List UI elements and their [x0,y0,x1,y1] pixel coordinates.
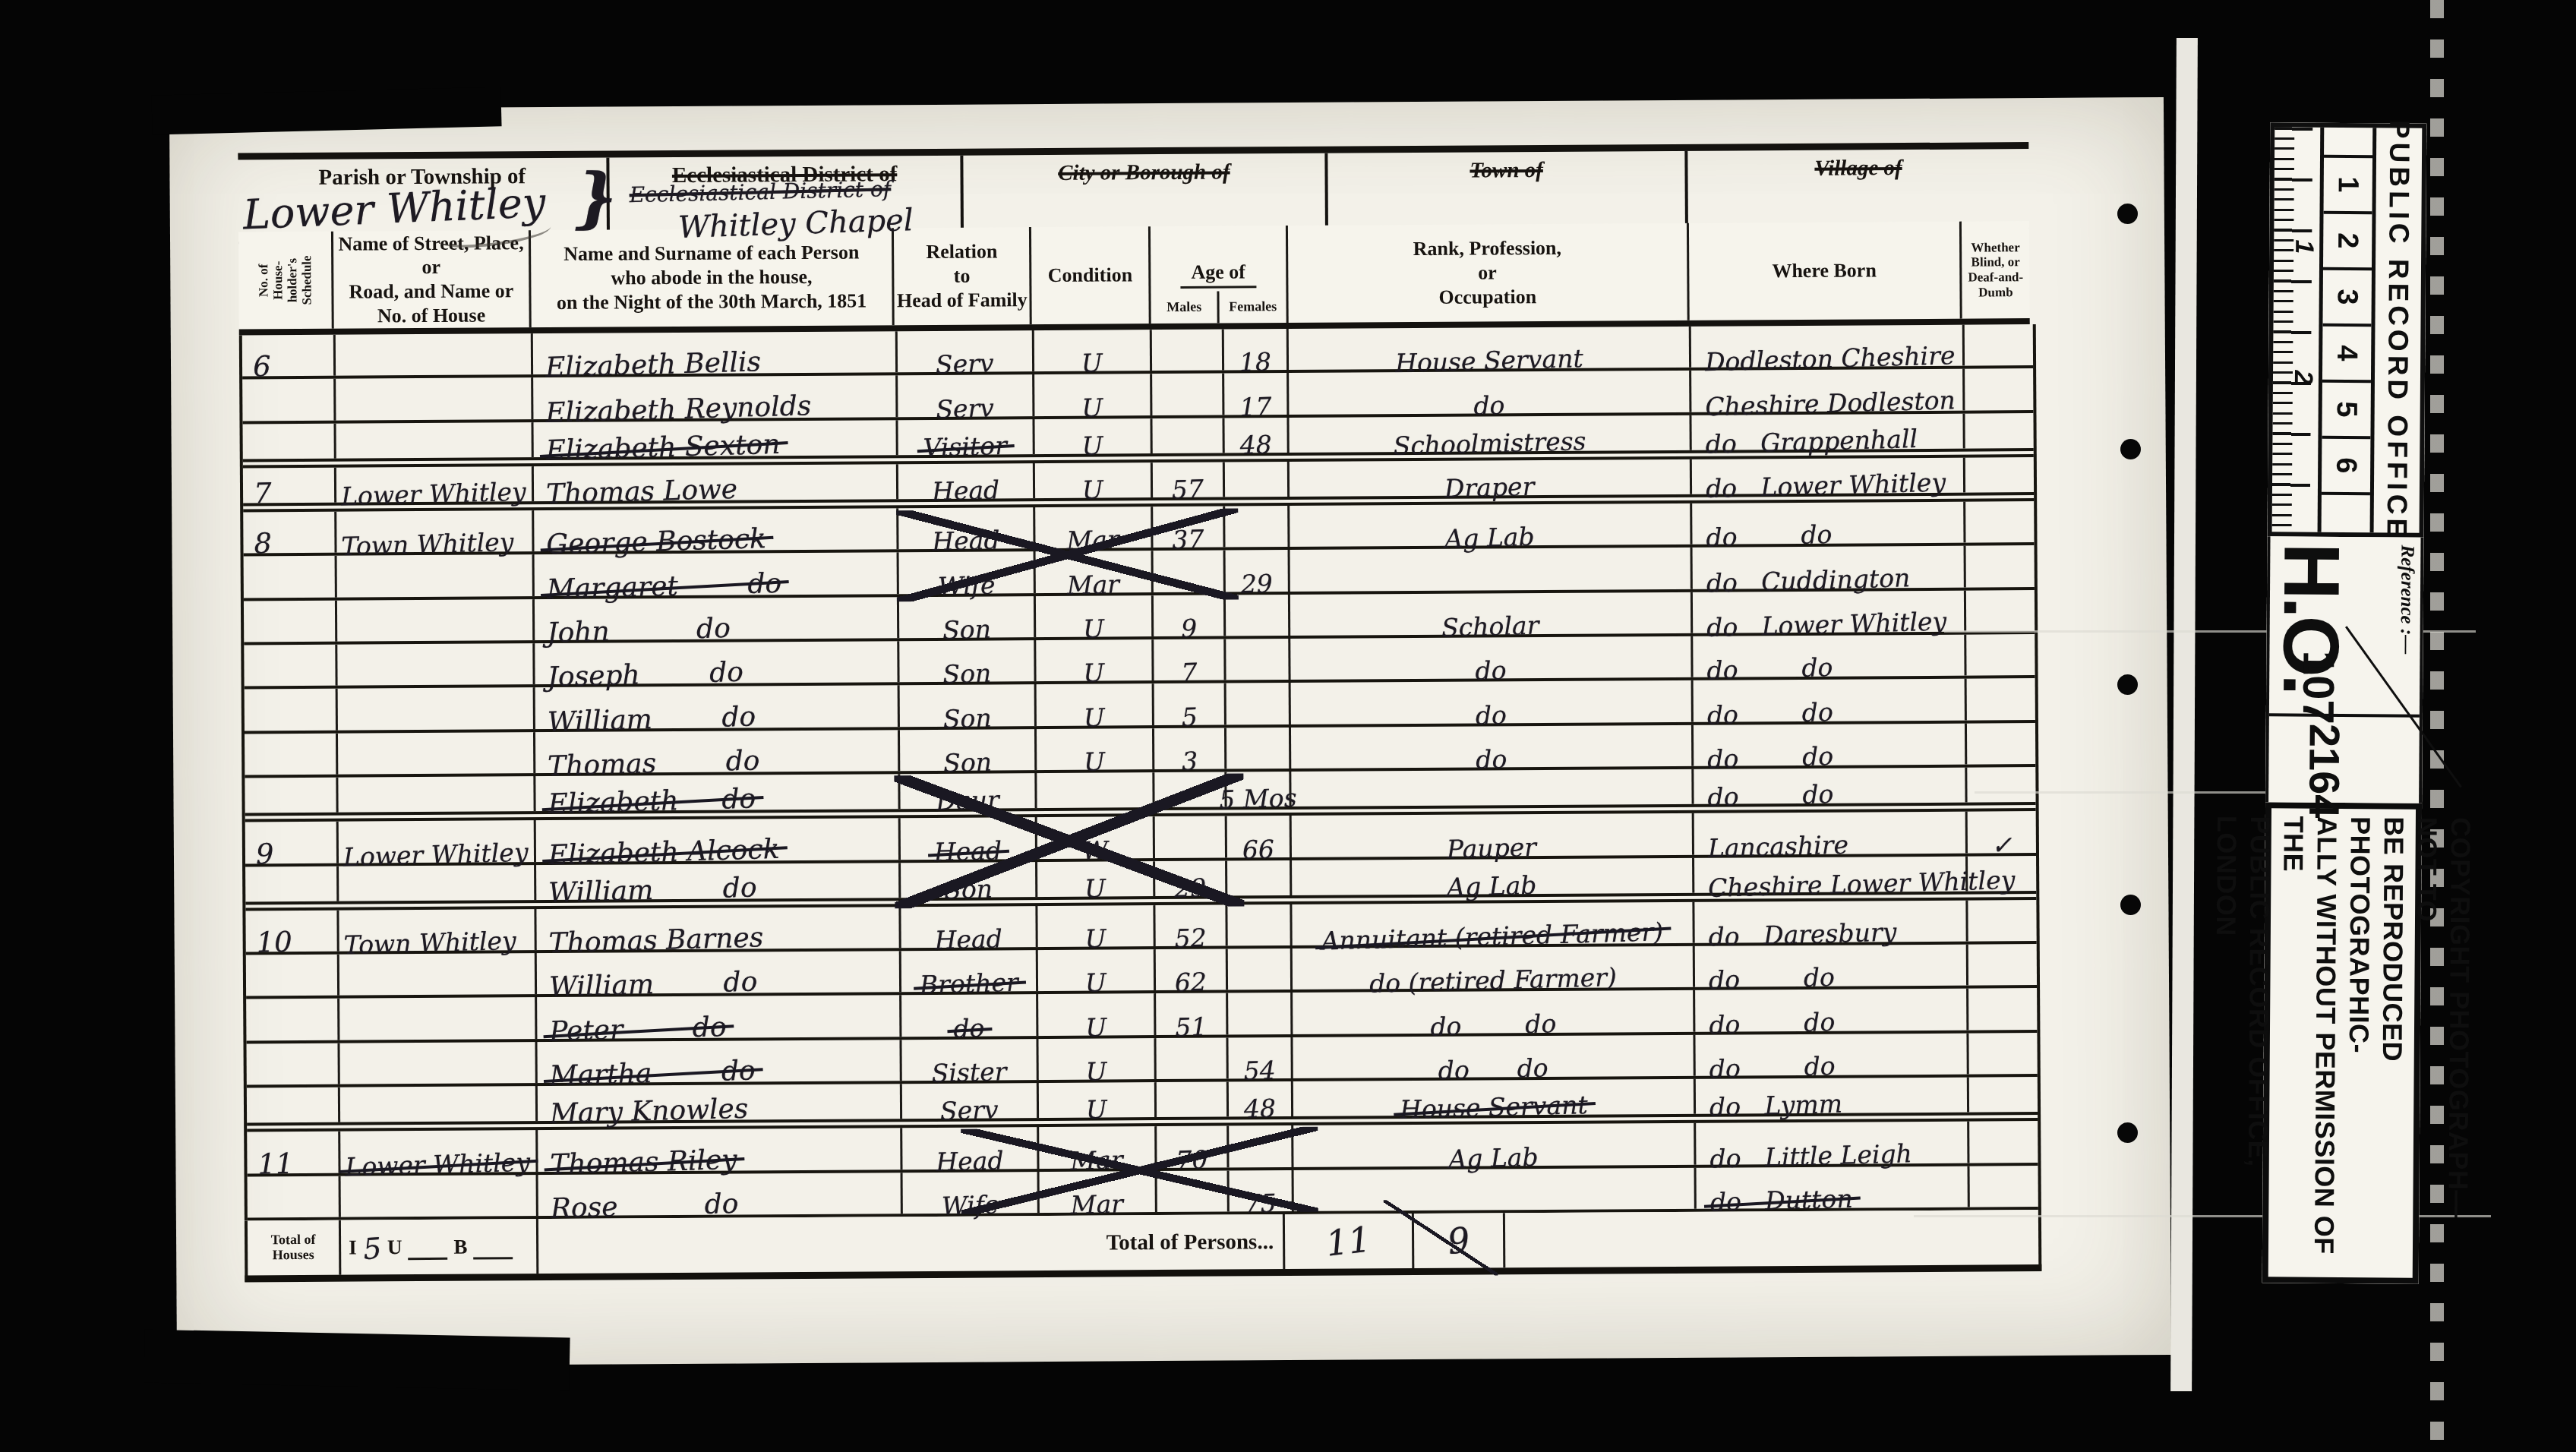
cell-street [337,599,535,642]
cell-born: do Lower Whitley [1692,457,1965,494]
cell-schedule [244,600,337,642]
header-condition: Condition [1031,226,1151,324]
handwritten-relation: Son [942,702,992,734]
cell-age_f [1226,639,1290,680]
cell-schedule [242,423,336,459]
village-label: Village of [1687,155,2028,182]
cell-relation: Son [899,596,1036,638]
cell-relation: Serv [902,1083,1039,1119]
handwritten-age_f: 17 [1239,391,1272,421]
handwritten-name: Joseph do [547,657,743,693]
handwritten-born: do Lymm [1709,1089,1843,1122]
cell-street [337,643,535,686]
cell-occupation: do [1290,636,1693,680]
handwritten-relation: Visitor [923,431,1008,462]
census-page: Parish or Township of Lower Whitley } Ec… [169,97,2171,1367]
handwritten-age_m: 5 [1181,702,1198,732]
cell-street: Lower Whitley [340,1130,538,1173]
cell-age_m: 7 [1154,639,1226,681]
handwritten-born: do Daresbury [1708,917,1897,952]
handwritten-name: George Bostock [546,524,766,561]
cell-condition: U [1034,374,1152,415]
header-street: Name of Street, Place, or Road, and Name… [333,230,532,329]
handwritten-street: Lower Whitley [343,837,529,872]
handwritten-occupation: Pauper [1447,832,1537,863]
totals-band: Total of Houses I 5 U B Total of Persons… [245,1210,2041,1282]
cell-relation: Sister [901,1039,1038,1081]
cell-schedule [246,999,339,1040]
cell-age_m: 51 [1156,993,1228,1035]
handwritten-street: Lower Whitley [345,1147,531,1182]
handwritten-name: William do [548,872,757,908]
handwritten-schedule: 8 [254,527,273,560]
cell-infirm [1967,723,2035,765]
punch-hole [2120,439,2141,459]
handwritten-relation: Head [931,475,999,507]
total-houses-label: Total of Houses [248,1220,341,1276]
cell-age_f: 48 [1229,1081,1293,1117]
cell-relation: Serv [898,330,1034,372]
handwritten-born: do do [1709,1007,1836,1040]
handwritten-condition: U [1083,702,1105,733]
cell-name: Thomas Barnes [536,907,901,950]
handwritten-condition: U [1083,614,1105,644]
cell-occupation: Draper [1290,459,1692,497]
reference-divider [2269,713,2420,717]
cell-schedule [245,689,338,731]
copyright-text: COPYRIGHT PHOTOGRAPH—NOT TO BE REPRODUCE… [2207,808,2477,1278]
handwritten-born: do do [1707,779,1834,812]
handwritten-born: do Dutton [1709,1184,1853,1217]
cell-age_f: 18 [1224,329,1289,371]
handwritten-age_f: 48 [1244,1094,1277,1124]
handwritten-born: do do [1709,962,1836,995]
header-relation: Relation to Head of Family [894,227,1032,325]
handwritten-condition: U [1085,1012,1107,1043]
cell-street: Lower Whitley [336,466,534,503]
cell-age_f [1226,728,1291,769]
cell-born: do do [1692,502,1965,544]
pro-office-title: PUBLIC RECORD OFFICE [2370,128,2423,532]
handwritten-occupation: Ag Lab [1447,870,1537,902]
handwritten-occupation: Scholar [1441,611,1539,642]
handwritten-name: John do [547,613,731,649]
scan-shadow-bottom-left [144,1330,570,1391]
cell-condition: U [1038,1038,1156,1080]
cell-occupation: Ag Lab [1292,857,1694,895]
cell-condition: U [1036,595,1154,637]
cell-relation: do [901,995,1038,1037]
cell-born: do do [1694,723,1967,765]
handwritten-schedule: 10 [256,926,292,959]
handwritten-born: do Lower Whitley [1706,468,1946,504]
handwritten-relation: Serv [936,393,995,424]
cell-infirm: ✓ [1968,811,2036,853]
handwritten-relation: Sister [931,1056,1007,1088]
handwritten-occupation: do [1475,655,1507,686]
cell-occupation: Ag Lab [1290,503,1692,548]
cell-age_m: 52 [1155,904,1227,946]
uninhabited-label: U [387,1236,402,1259]
ink-flourish: } [575,159,617,235]
cell-name: Elizabeth Alcock [536,818,901,861]
cell-schedule: 6 [242,335,336,377]
cell-name: Thomas Riley [538,1128,902,1172]
cell-infirm [1968,988,2037,1030]
handwritten-name: Thomas do [548,745,760,782]
cell-condition: U [1036,639,1154,681]
pro-card-inner: PUBLIC RECORD OFFICE 123456 12 Reference… [2262,122,2427,1283]
cell-street: Town Whitley [336,510,534,553]
punch-hole [2117,1122,2138,1143]
village-cell: Village of [1687,149,2029,230]
cell-street [339,1042,537,1084]
cell-age_m: 3 [1154,728,1226,769]
cell-age_f [1226,683,1291,724]
cell-condition: U [1037,905,1155,947]
cell-occupation: Annuitant (retired Farmer) [1292,902,1694,946]
age-label: Age of [1180,260,1256,289]
cell-occupation: do [1289,371,1691,415]
cell-condition: U [1035,462,1153,498]
city-label: City or Borough of [963,159,1325,187]
ruler-inch-row: 123456 [2318,128,2373,532]
pro-reference-card: PUBLIC RECORD OFFICE 123456 12 Reference… [2262,122,2427,1283]
handwritten-age_f: 18 [1239,347,1272,377]
cell-occupation: do do [1293,990,1695,1034]
handwritten-condition: U [1081,393,1103,423]
handwritten-age_m: 7 [1180,658,1197,688]
cell-occupation: do [1291,724,1694,769]
handwritten-born: do do [1707,741,1834,774]
handwritten-born: do do [1706,652,1833,685]
cell-street: Lower Whitley [339,820,536,863]
handwritten-age_m: 3 [1181,747,1198,777]
punch-hole [2117,204,2138,224]
handwritten-name: Martha do [549,1056,756,1092]
handwritten-condition: U [1085,968,1107,999]
cell-street [338,776,535,813]
building-blank [473,1234,513,1259]
handwritten-name: Rose do [550,1188,739,1225]
handwritten-born: Cheshire Dodleston [1705,385,1956,421]
handwritten-born: do Cuddington [1706,563,1910,598]
cell-schedule: 7 [243,468,336,503]
cell-age_f: 54 [1228,1037,1293,1079]
handwritten-schedule: 6 [252,350,271,384]
cell-condition: U [1037,728,1154,770]
town-cell: Town of [1328,151,1688,232]
reference-piece: 2164 [2300,724,2350,819]
punch-hole [2120,895,2141,915]
uninhabited-blank [408,1234,447,1259]
cell-street [339,953,537,996]
cell-relation: Head [901,906,1037,948]
total-females: 9 [1412,1213,1503,1268]
ecclesiastical-cell: Ecclesiastical District of Ecclesiastica… [609,156,963,237]
cell-condition: U [1038,994,1156,1036]
cell-age_f: 17 [1224,373,1289,415]
cell-relation: Serv [898,374,1034,416]
cell-age_f [1226,595,1290,636]
cell-infirm [1965,368,2033,410]
handwritten-name: Mary Knowles [550,1094,749,1130]
handwritten-age_m: 62 [1174,967,1207,998]
pro-ruler-section: PUBLIC RECORD OFFICE 123456 12 [2268,122,2427,537]
handwritten-street: Town Whitley [343,926,516,960]
cell-occupation: Scholar [1290,592,1693,636]
ecclesiastical-handwriting-line1: Ecclesiastical District of [629,176,891,207]
handwritten-condition: U [1085,1056,1107,1087]
reference-label: Reference :— [2395,544,2417,654]
handwritten-born: do do [1706,697,1833,730]
handwritten-age_m: 51 [1175,1012,1207,1042]
cell-infirm [1968,900,2036,942]
cell-street [340,1086,538,1122]
cell-street [337,555,535,598]
handwritten-age_f: 54 [1243,1056,1276,1086]
cell-age_f [1228,949,1293,990]
handwritten-occupation: do do [1438,1053,1548,1086]
handwritten-condition: U [1086,1095,1108,1125]
cell-name: Thomas Lowe [534,464,898,501]
header-infirm: Whether Blind, or Deaf-and- Dumb [1962,221,2030,319]
handwritten-born: Lancashire [1707,829,1848,863]
cell-condition: U [1037,684,1154,726]
condition-strike-cross [894,773,1244,908]
handwritten-street: Town Whitley [341,527,514,561]
film-edge-strip [2170,38,2198,1391]
handwritten-age_f: 29 [1240,569,1273,599]
cell-schedule [244,556,337,598]
handwritten-relation: Serv [940,1095,999,1126]
census-scan-stage: Parish or Township of Lower Whitley } Ec… [0,0,2576,1452]
enumeration-rows: 6Elizabeth BellisServU18House ServantDod… [239,324,2041,1220]
cell-infirm [1968,944,2037,986]
handwritten-name: Elizabeth Bellis [545,347,762,384]
handwritten-name: Margaret do [546,568,781,605]
handwritten-occupation: do do [1429,1009,1556,1041]
handwritten-occupation: Draper [1444,472,1535,503]
handwritten-occupation: do [1473,390,1505,420]
handwritten-schedule: 7 [253,477,272,510]
header-schedule: No. of House- holder's Schedule [238,232,334,330]
ruler-inch-spacer [2324,128,2372,158]
town-label: Town of [1328,157,1685,185]
cell-schedule [245,778,338,813]
cell-condition: U [1039,1082,1157,1118]
cell-occupation: Pauper [1292,813,1694,857]
handwritten-relation: Brother [919,967,1018,999]
cell-street [338,732,535,775]
cell-infirm [1965,457,2034,493]
cell-schedule: 8 [243,512,336,554]
handwritten-born: do do [1709,1051,1836,1084]
cell-relation: Son [899,640,1036,682]
cell-age_m [1157,1082,1229,1118]
cell-born: do Daresbury [1694,900,1968,942]
cell-schedule: 9 [245,822,339,863]
cell-schedule [248,1176,341,1217]
building-label: B [453,1235,467,1258]
cell-infirm [1965,501,2034,543]
handwritten-occupation: Ag Lab [1444,522,1535,554]
cell-born: do do [1694,679,1967,721]
parish-cell: Parish or Township of Lower Whitley } [238,157,609,238]
city-cell: City or Borough of [963,153,1328,235]
pro-copyright-box: COPYRIGHT PHOTOGRAPH—NOT TO BE REPRODUCE… [2262,802,2422,1283]
cell-born: do Little Leigh [1696,1122,1969,1164]
cell-occupation: Schoolmistress [1289,415,1691,453]
cell-street [339,998,537,1040]
cell-born: do do [1695,989,1968,1031]
header-born: Where Born [1689,222,1962,320]
cell-infirm [1966,546,2035,588]
cell-age_f: 48 [1224,418,1289,453]
total-persons-label: Total of Persons... [538,1214,1283,1274]
cell-street [336,377,533,420]
cell-age_m: 9 [1154,595,1226,636]
cell-infirm [1969,1121,2038,1163]
cell-age_m: 57 [1153,462,1225,497]
cell-age_m [1156,1037,1228,1079]
cell-name: George Bostock [534,508,898,551]
cell-street: Town Whitley [339,909,536,952]
cell-age_f [1228,993,1293,1034]
handwritten-born: Cheshire Lower Whitley [1708,865,2016,903]
cell-schedule [242,379,336,421]
cell-age_f [1227,904,1292,946]
handwritten-age_f: 48 [1239,430,1272,460]
handwritten-occupation: do [1475,700,1507,731]
cell-age_m [1152,330,1224,371]
handwritten-infirm: ✓ [1991,830,2013,860]
cell-name: Elizabeth Bellis [533,331,898,374]
handwritten-condition: U [1081,431,1103,461]
cell-age_m [1152,418,1224,453]
cell-street [336,333,533,376]
cell-born: do Cuddington [1693,546,1966,589]
cell-condition: U [1034,330,1152,371]
cell-street [336,422,533,459]
cell-schedule [247,1087,340,1123]
cell-occupation: Ag Lab [1293,1123,1696,1167]
cell-condition: U [1034,418,1152,454]
handwritten-relation: Son [942,614,991,646]
handwritten-condition: U [1083,658,1105,689]
cell-occupation: House Servant [1293,1079,1696,1117]
handwritten-name: Thomas Riley [550,1144,737,1181]
handwritten-condition: U [1082,475,1104,505]
handwritten-name: William do [547,701,756,737]
handwritten-relation: do [953,1013,985,1043]
handwritten-street: Lower Whitley [341,477,527,512]
handwritten-age_m: 9 [1180,614,1197,644]
handwritten-age_m: 52 [1174,923,1207,953]
handwritten-name: Elizabeth Sexton [545,429,781,466]
handwritten-occupation: do [1476,744,1507,775]
cell-born: do do [1695,1033,1968,1075]
cell-age_m: 5 [1154,683,1226,725]
cell-infirm [1967,767,2035,803]
handwritten-age_m: 57 [1172,474,1204,504]
handwritten-name: Thomas Lowe [546,474,738,510]
inhabited-label: I [349,1236,357,1259]
handwritten-condition: U [1084,923,1106,954]
handwritten-condition: U [1081,349,1103,379]
handwritten-age_f: 66 [1242,834,1274,864]
cell-occupation: House Servant [1289,327,1691,371]
ruler-cm-label: 2 [2288,370,2318,384]
cell-infirm [1965,413,2033,449]
ruler-ticks: 12 [2272,127,2321,532]
handwritten-occupation: Schoolmistress [1393,426,1586,461]
cell-schedule [244,645,337,687]
handwritten-name: Elizabeth do [548,784,756,820]
handwritten-relation: Son [942,658,992,690]
ruler-inch-label: 3 [2322,270,2372,327]
handwritten-occupation: Ag Lab [1448,1141,1539,1173]
handwritten-born: do do [1706,519,1833,552]
ruler-inch-label: 2 [2323,214,2372,270]
header-occupation: Rank, Profession, or Occupation [1288,223,1689,323]
cell-born: Lancashire [1694,812,1968,854]
handwritten-name: Peter do [549,1012,727,1047]
inhabited-value-handwriting: 5 [361,1232,382,1267]
cell-schedule [246,955,339,996]
cell-age_m [1152,374,1224,415]
ruler-inch-label: 1 [2323,158,2372,214]
cell-occupation: do do [1293,1035,1695,1079]
condition-strike-cross [896,508,1239,601]
cell-schedule [245,733,338,775]
cell-relation: Brother [901,950,1038,992]
ruler-inch-label: 5 [2322,383,2371,439]
cell-schedule [246,1043,339,1084]
cell-infirm [1966,634,2035,676]
ruler-inch-label: 4 [2322,327,2372,383]
cell-age_f [1225,462,1290,497]
handwritten-schedule: 9 [255,838,274,871]
handwritten-occupation: House Servant [1399,1090,1588,1125]
cell-infirm [1969,1077,2038,1113]
cell-schedule: 11 [247,1132,340,1173]
cell-relation: Son [900,684,1037,726]
cell-born: Dodleston Cheshire [1691,325,1965,368]
cell-occupation: do [1291,680,1694,724]
handwritten-name: Elizabeth Alcock [548,834,780,871]
cell-condition: U [1038,949,1156,991]
cell-schedule [245,866,339,901]
cell-relation: Visitor [898,419,1034,455]
total-houses-values: I 5 U B [341,1219,538,1275]
cell-relation: Son [900,729,1037,771]
cell-infirm [1970,1166,2038,1207]
handwritten-schedule: 11 [257,1147,294,1180]
ruler-inch-label: 6 [2322,439,2371,495]
cell-occupation [1291,769,1694,807]
cell-age_m: 62 [1156,949,1228,991]
handwritten-born: do Grappenhall [1705,424,1918,459]
header-age: Age of Males Females [1151,226,1289,324]
totals-filler [1503,1210,2038,1267]
ruler-cm-label: 1 [2289,239,2319,254]
punch-hole [2117,674,2138,695]
handwritten-relation: Son [942,747,992,778]
cell-schedule: 10 [245,911,339,952]
handwritten-relation: Head [934,924,1002,955]
cell-relation: Head [898,463,1035,499]
